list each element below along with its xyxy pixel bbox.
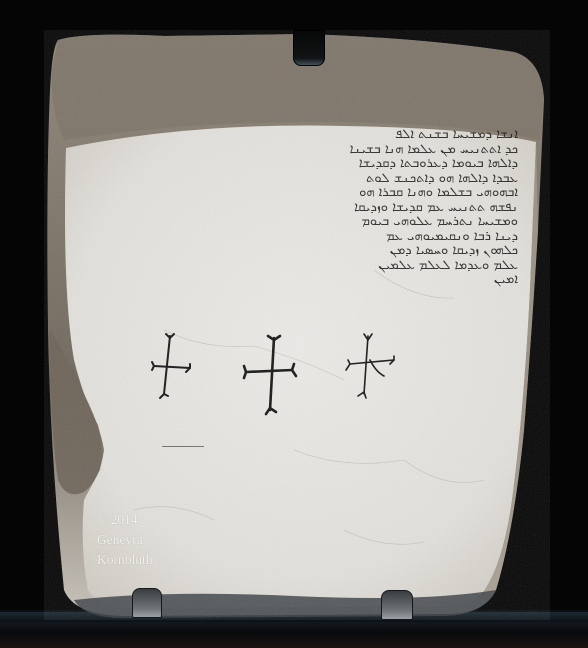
- mounting-clip-bottom-right: [381, 590, 413, 620]
- inscription-line: ܘܡܫܝܚܐ ܢܬܪܚܡ ܥܠܘܗܝ ܒܝܘܡ: [78, 215, 518, 230]
- copyright-watermark: © 2014 Genevra Kornbluth: [97, 510, 153, 570]
- inscription-line: ܥܒܕܐ ܕܐܠܗܐ ܗܘ ܕܐܬܟܢܫ ܠܘܬ: [78, 172, 518, 187]
- mounting-clip-top: [293, 30, 325, 66]
- cross-icon-right: [346, 334, 394, 398]
- inscription-line: ܕܝܢܐ ܪܒܐ ܘܢܩܝܡܝܘܗܝ ܥܡ: [78, 230, 518, 245]
- inscription-line: ܢܦܫܗ ܬܬܢܝܚ ܥܡ ܩܕܝܫܐ ܘܙܕܝܩܐ: [78, 201, 518, 216]
- mounting-clip-bottom-left: [132, 588, 162, 618]
- inscription-line: ܐܒܗܘܗܝ ܒܫܠܡܐ ܘܗܢܐ ܩܒܪܐ ܗܘ: [78, 186, 518, 201]
- watermark-last-name: Kornbluth: [97, 550, 153, 570]
- watermark-first-name: Genevra: [97, 530, 153, 550]
- inscription-line: ܐܡܝܢ: [78, 273, 518, 288]
- crosses-group: [140, 330, 420, 420]
- photo-scene: ܐܢܫܐ ܕܡܫܝܚܐ ܒܫܢܬ ܐܠܦ ܟܕ ܐܬܬܢܝܚ ܡܢ ܥܠܡܐ ܗ…: [0, 0, 588, 648]
- inscription-line: ܥܠܡ ܘܥܕܡܐ ܠܥܠܡ ܥܠܡܝܢ: [78, 259, 518, 274]
- cross-icon-center: [244, 336, 296, 414]
- inscription-line: ܐܢܫܐ ܕܡܫܝܚܐ ܒܫܢܬ ܐܠܦ: [78, 128, 518, 143]
- syriac-inscription: ܐܢܫܐ ܕܡܫܝܚܐ ܒܫܢܬ ܐܠܦ ܟܕ ܐܬܬܢܝܚ ܡܢ ܥܠܡܐ ܗ…: [78, 128, 518, 288]
- inscription-line: ܟܠܗܘܢ ܙܕܝܩܐ ܘܚܣܝܐ ܕܡܢ: [78, 244, 518, 259]
- incised-line: [162, 446, 204, 447]
- watermark-year: © 2014: [97, 510, 153, 530]
- inscription-line: ܟܕ ܐܬܬܢܝܚ ܡܢ ܥܠܡܐ ܗܢܐ ܒܫܝܢܐ: [78, 143, 518, 158]
- cross-icon-left: [152, 334, 190, 398]
- inscription-line: ܕܐܠܗܐ ܒܝܘܡܐ ܕܥܪܘܒܬܐ ܕܩܕܝܫܐ: [78, 157, 518, 172]
